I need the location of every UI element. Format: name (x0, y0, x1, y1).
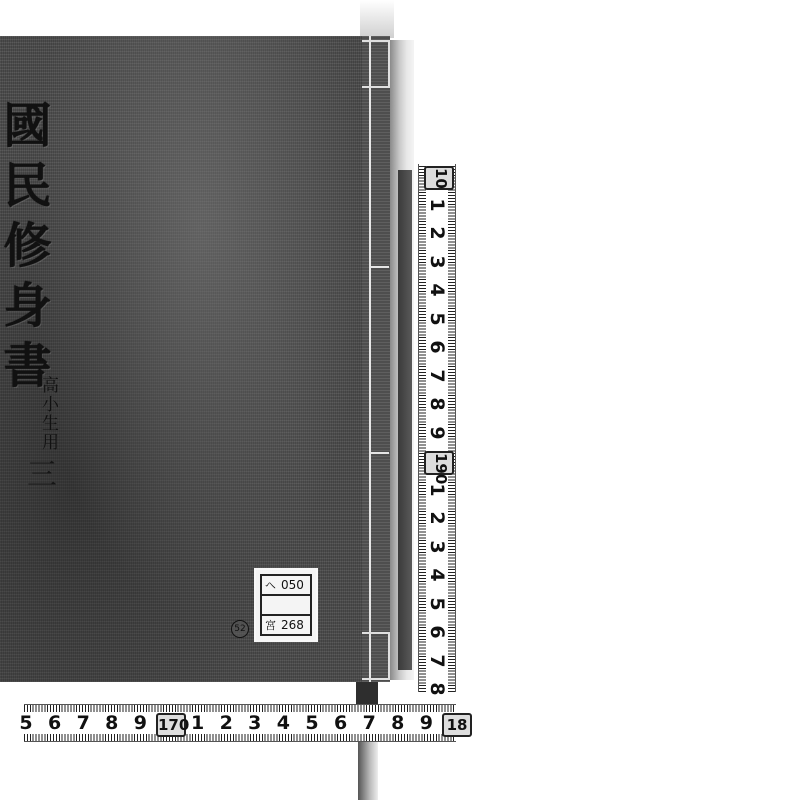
library-call-number-label: ヘ 050 宮 268 (254, 568, 318, 642)
ruler-ticks (419, 164, 426, 692)
ruler-label: 5 (427, 594, 447, 614)
binding-stitch (369, 266, 389, 268)
ruler-label: 4 (427, 565, 447, 585)
ruler-label: 3 (427, 252, 447, 272)
ruler-label: 6 (427, 622, 447, 642)
ruler-label: 8 (102, 713, 122, 733)
ruler-label: 7 (427, 366, 447, 386)
ruler-ticks (448, 164, 455, 692)
ruler-label: 2 (216, 713, 236, 733)
ruler-ticks (24, 734, 456, 741)
circled-number-stamp: 52 (231, 620, 249, 638)
ruler-label: 6 (331, 713, 351, 733)
label-number: 268 (281, 618, 304, 632)
ruler-label: 2 (427, 223, 447, 243)
ruler-label: 1 (188, 713, 208, 733)
binding-thread-line (369, 36, 371, 682)
ruler-label: 8 (388, 713, 408, 733)
binding-corner-top (362, 40, 390, 88)
ruler-label: 10 (424, 166, 454, 190)
ruler-label: 8 (427, 394, 447, 414)
ruler-labels: 5678917012345678918 (24, 713, 456, 733)
ruler-label: 4 (427, 280, 447, 300)
ruler-label: 190 (424, 451, 454, 475)
ruler-label: 9 (130, 713, 150, 733)
label-number: 050 (281, 578, 304, 592)
ruler-label: 5 (302, 713, 322, 733)
ruler-label: 9 (427, 423, 447, 443)
ruler-label: 3 (245, 713, 265, 733)
ruler-label: 6 (427, 337, 447, 357)
ruler-label: 7 (73, 713, 93, 733)
volume-number: 三 (16, 458, 60, 488)
page-edge-shadow (398, 170, 412, 670)
binding-stitch (369, 452, 389, 454)
book-spine (362, 36, 390, 682)
binding-corner-bottom (362, 632, 390, 680)
book-top-flap (360, 0, 394, 38)
ruler-label: 3 (427, 537, 447, 557)
label-row-classification: ヘ 050 (262, 576, 310, 596)
book-title: 國民修身書 (0, 100, 46, 400)
ruler-label: 4 (273, 713, 293, 733)
label-mark: ヘ (265, 577, 276, 593)
ruler-ticks (24, 705, 456, 712)
ruler-label: 170 (156, 713, 186, 737)
ruler-label: 8 (427, 679, 447, 699)
label-row-collection: 宮 268 (262, 616, 310, 634)
ruler-label: 9 (416, 713, 436, 733)
book-subtitle: 高小生用 (36, 376, 61, 452)
ruler-label: 2 (427, 508, 447, 528)
ruler-label: 5 (427, 309, 447, 329)
ruler-labels: 1012345678919012345678 (427, 164, 447, 692)
ruler-label: 7 (427, 651, 447, 671)
ruler-label: 7 (359, 713, 379, 733)
ruler-label: 1 (427, 480, 447, 500)
ruler-label: 5 (16, 713, 36, 733)
ruler-label: 1 (427, 195, 447, 215)
ruler-label: 6 (45, 713, 65, 733)
vertical-ruler: 1012345678919012345678 (418, 164, 456, 692)
label-row-blank (262, 596, 310, 616)
book-tail-strip (358, 740, 378, 800)
ruler-label: 18 (442, 713, 472, 737)
horizontal-ruler: 5678917012345678918 (24, 704, 456, 742)
label-mark: 宮 (265, 617, 276, 633)
